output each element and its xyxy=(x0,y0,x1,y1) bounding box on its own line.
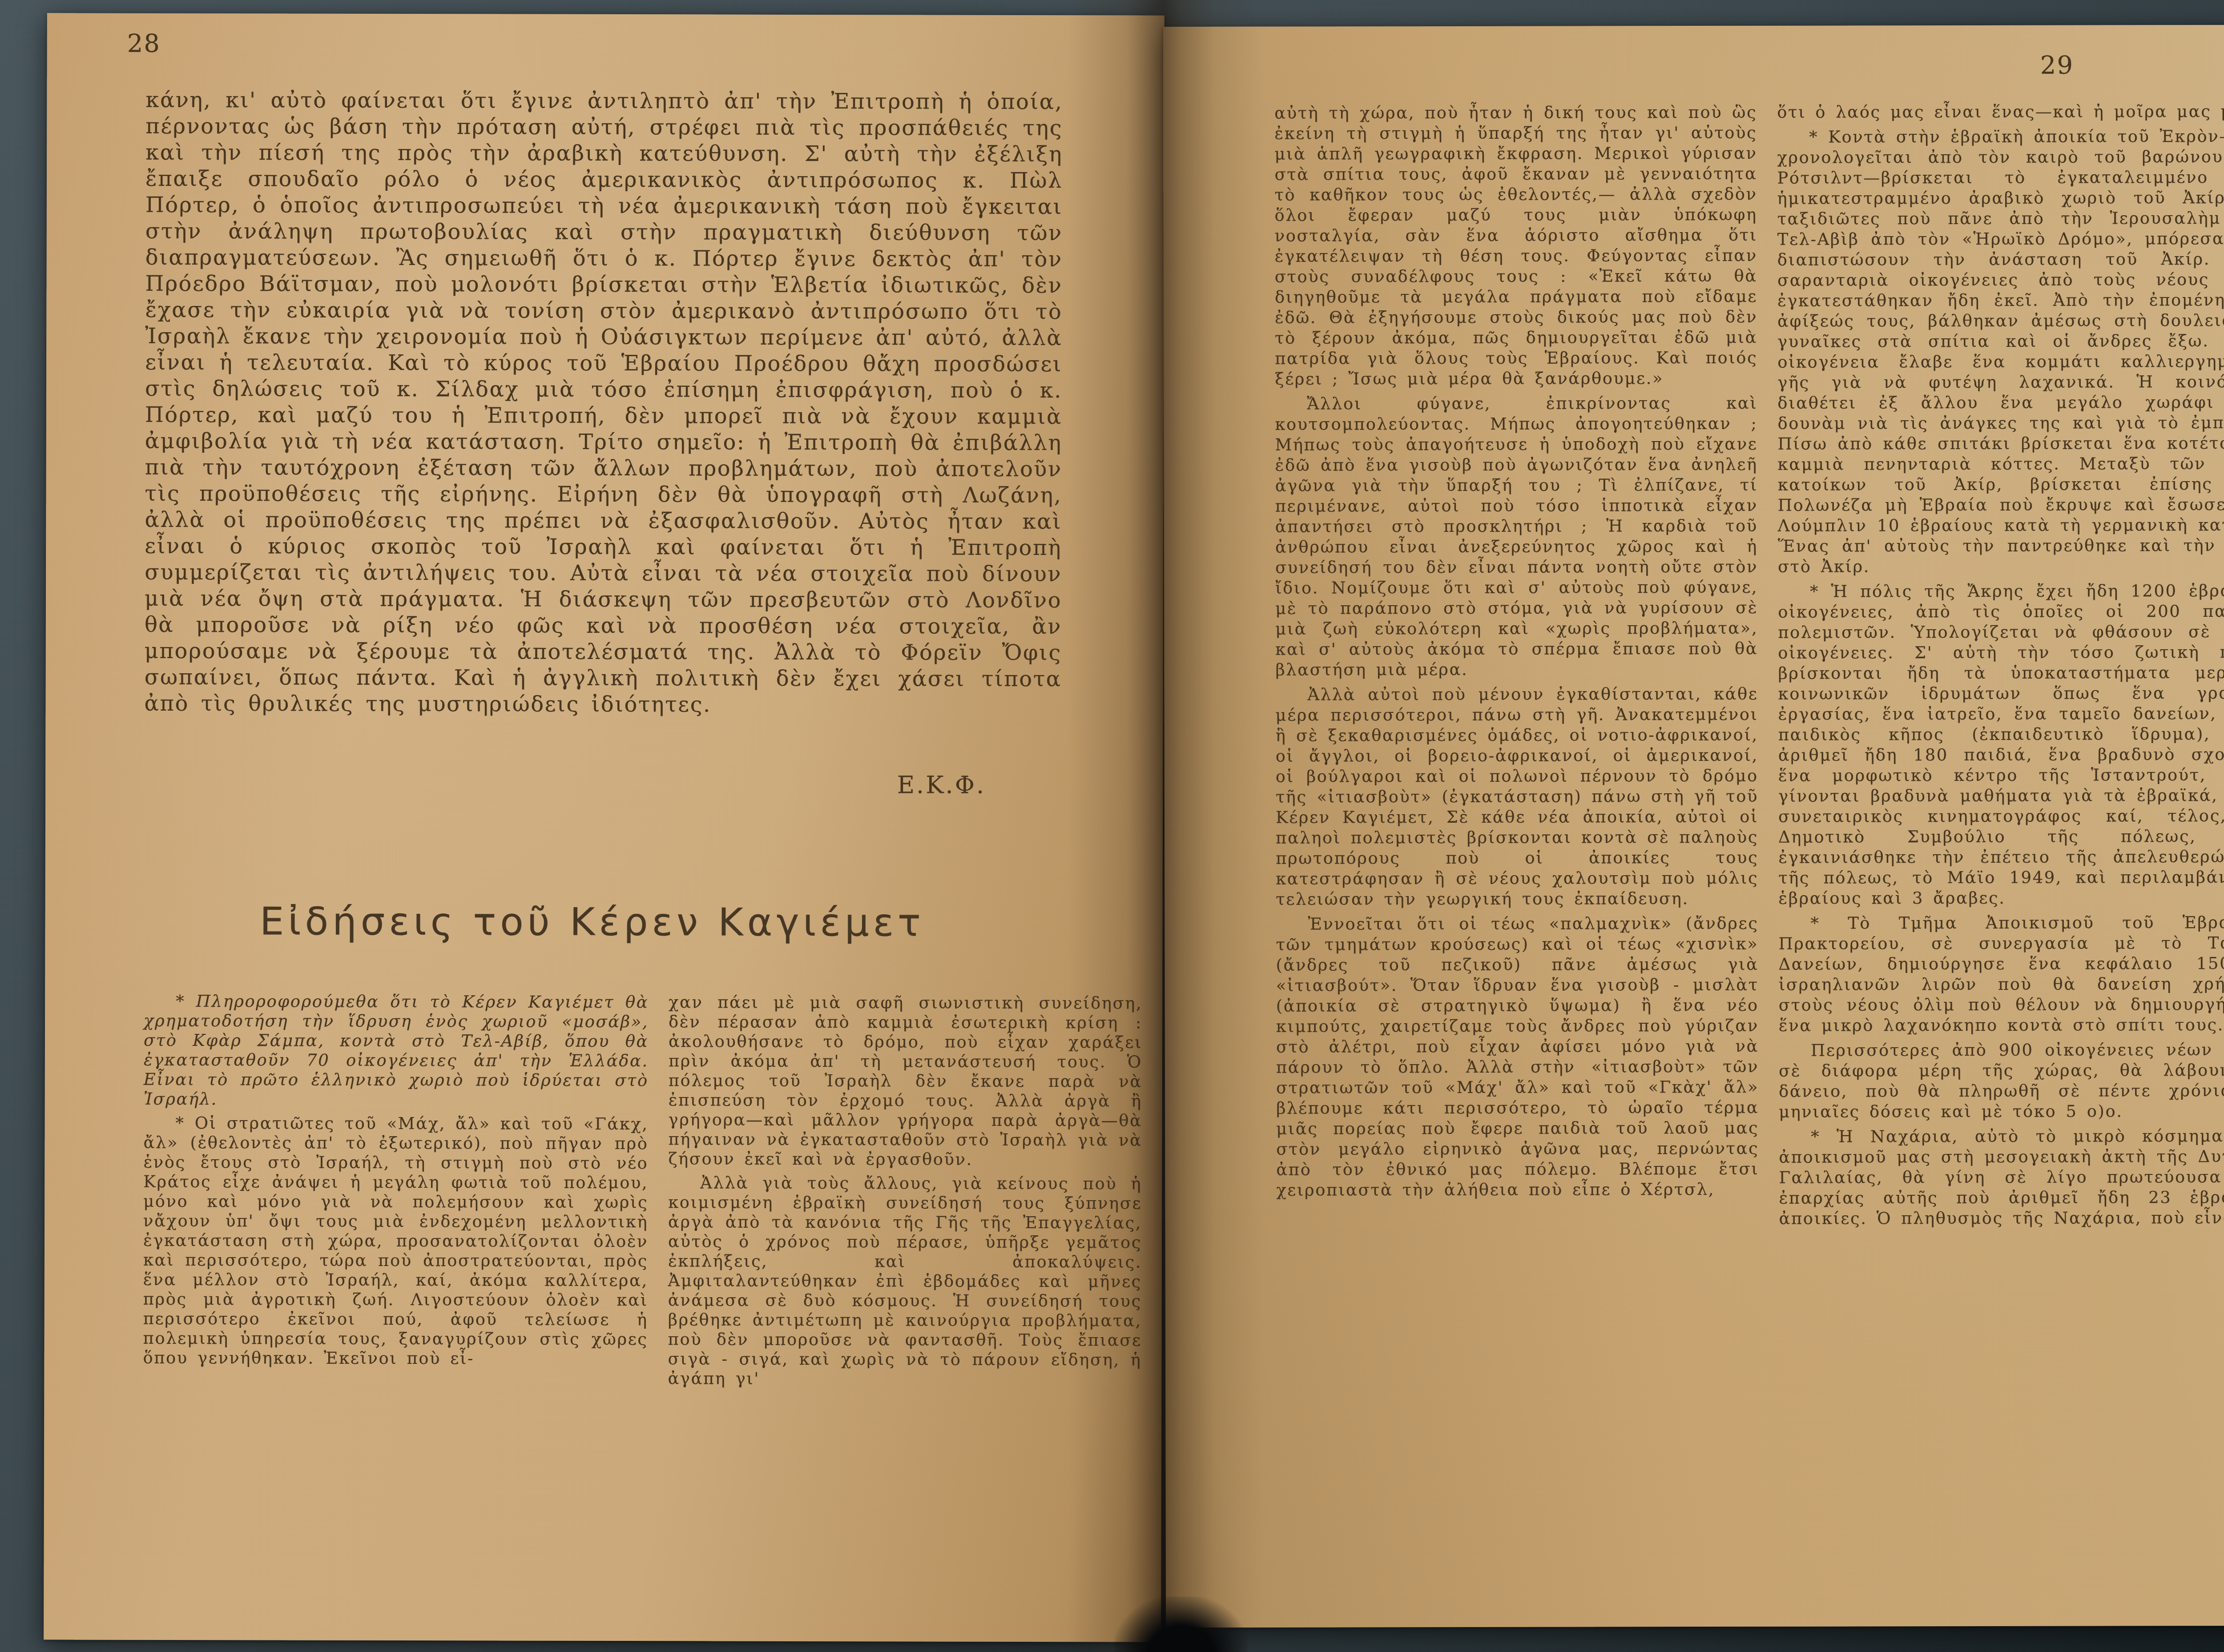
news-column-right: ὅτι ὁ λαός μας εἶναι ἕνας—καὶ ἡ μοῖρα μα… xyxy=(1777,101,2224,1234)
book-scan: 28 κάνη, κι' αὐτὸ φαίνεται ὅτι ἔγινε ἀντ… xyxy=(0,0,2224,1652)
right-page: 29 αὐτὴ τὴ χώρα, ποὺ ἦταν ἡ δική τους κα… xyxy=(1163,25,2224,1628)
page-number-left: 28 xyxy=(127,29,161,58)
paragraph: * Τὸ Τμῆμα Ἀποικισμοῦ τοῦ Ἑβραϊκοῦ Πρακτ… xyxy=(1778,912,2224,1036)
paragraph: Ἀλλὰ αὐτοὶ ποὺ μένουν ἐγκαθίστανται, κάθ… xyxy=(1275,684,1758,910)
paragraph: * Πληροροφορούμεθα ὅτι τὸ Κέρεν Καγιέμετ… xyxy=(144,992,649,1110)
spine-shadow xyxy=(1114,1596,1248,1652)
left-page: 28 κάνη, κι' αὐτὸ φαίνεται ὅτι ἔγινε ἀντ… xyxy=(44,13,1164,1642)
paragraph: * Ἡ Ναχάρια, αὐτὸ τὸ μικρὸ κόσμημα τοῦ ἀ… xyxy=(1779,1126,2224,1229)
news-column-left: * Πληροροφορούμεθα ὅτι τὸ Κέρεν Καγιέμετ… xyxy=(143,992,649,1393)
news-columns-left-page: * Πληροροφορούμεθα ὅτι τὸ Κέρεν Καγιέμετ… xyxy=(143,992,1142,1394)
section-heading: Εἰδήσεις τοῦ Κέρεν Καγιέμετ xyxy=(72,899,1112,945)
paragraph: Ἐννοεῖται ὅτι οἱ τέως «παλμαχνὶκ» (ἄνδρε… xyxy=(1276,913,1759,1201)
paragraph: Ἄλλοι φύγανε, ἐπικρίνοντας καὶ κουτσομπο… xyxy=(1275,393,1758,680)
paragraph: Περισσότερες ἀπὸ 900 οἰκογένειες νέων ὀλ… xyxy=(1779,1040,2224,1122)
paragraph: χαν πάει μὲ μιὰ σαφῆ σιωνιστικὴ συνείδησ… xyxy=(668,993,1142,1170)
news-column-right: χαν πάει μὲ μιὰ σαφῆ σιωνιστικὴ συνείδησ… xyxy=(668,993,1142,1394)
paragraph: Ἀλλὰ γιὰ τοὺς ἄλλους, γιὰ κείνους ποὺ ἡ … xyxy=(668,1173,1142,1389)
news-columns-right-page: αὐτὴ τὴ χώρα, ποὺ ἦταν ἡ δική τους καὶ π… xyxy=(1274,101,2224,1234)
paragraph: * Ἡ πόλις τῆς Ἄκρης ἔχει ἤδη 1200 ἑβραϊκ… xyxy=(1778,581,2224,909)
news-column-left: αὐτὴ τὴ χώρα, ποὺ ἦταν ἡ δική τους καὶ π… xyxy=(1274,102,1759,1234)
paragraph: ὅτι ὁ λαός μας εἶναι ἕνας—καὶ ἡ μοῖρα μα… xyxy=(1777,101,2224,123)
page-number-right: 29 xyxy=(2040,51,2074,80)
lead-article-text: κάνη, κι' αὐτὸ φαίνεται ὅτι ἔγινε ἀντιλη… xyxy=(145,87,1063,719)
article-signature: Ε.Κ.Φ. xyxy=(144,769,1061,799)
paragraph: αὐτὴ τὴ χώρα, ποὺ ἦταν ἡ δική τους καὶ π… xyxy=(1274,102,1757,390)
paragraph: * Κοντὰ στὴν ἑβραϊκὴ ἀποικία τοῦ Ἐκρὸν—π… xyxy=(1777,126,2224,577)
paragraph: * Οἱ στρατιῶτες τοῦ «Μάχ, ἄλ» καὶ τοῦ «Γ… xyxy=(143,1113,648,1369)
